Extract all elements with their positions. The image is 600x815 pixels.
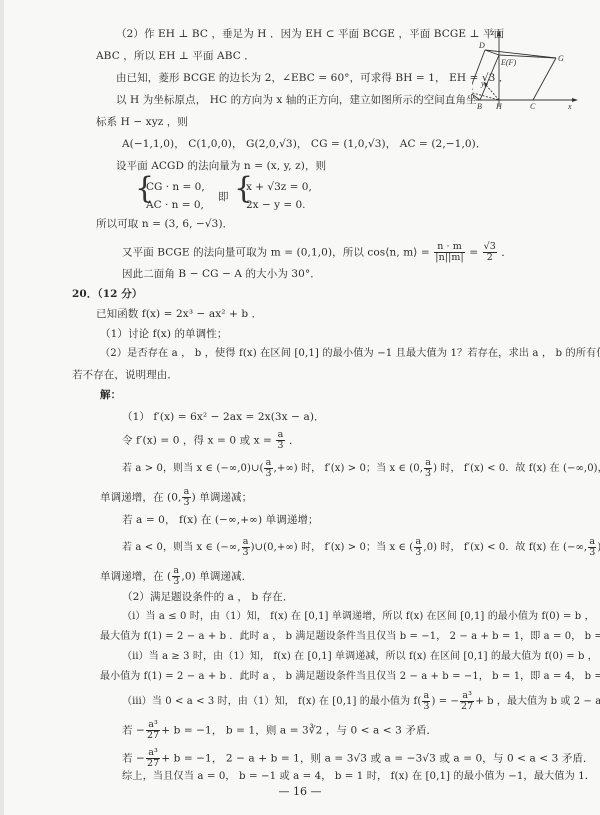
fraction: n · m|n||m| [434,242,465,263]
label-C: C [530,102,536,110]
fraction: a3 [414,537,422,558]
label-y: y [480,79,485,88]
question-number: 20．（12 分） [72,287,143,301]
text-line: 已知函数 f(x) = 2x³ − ax² + b ． [96,307,262,321]
fraction: a3 [182,487,190,508]
text-line: 若不存在，说明理由． [72,368,178,382]
text-segment: ． [501,247,512,259]
text-segment: ) 单调递减； [192,492,253,504]
fraction: a3 [424,458,432,479]
page-number: — 16 — [0,785,600,798]
label-B: B [477,102,482,110]
text-segment: ,+∞) 时， f′(x) > 0；当 x ∈ (0, [274,463,423,474]
denominator: 3 [414,548,422,558]
system-left-eq1: CG · n = 0, [146,180,205,194]
document-page: （2）作 EH ⊥ BC ，垂足为 H ．因为 EH ⊂ 平面 BCGE ，平面… [0,0,600,815]
text-line: 以 H 为坐标原点， HC 的方向为 x 轴的正方向，建立如图所示的空间直角坐 [116,93,477,107]
label-x: x [567,102,572,110]
text-line: （1） f′(x) = 6x² − 2ax = 2x(3x − a)． [122,410,325,424]
text-segment: 单调递增，在 ( [100,571,171,583]
text-segment: + b ，最大值为 b 或 2 − a + b ． [475,696,600,707]
denominator: 2 [483,253,497,263]
text-line: （2）满足题设条件的 a ， b 存在． [122,590,294,604]
denominator: 3 [422,702,430,712]
text-line: 令 f′(x) = 0 ，得 x = 0 或 x = a3 ． [122,430,300,451]
denominator: 3 [276,441,284,451]
text-line: 最小值为 f(1) = 2 − a + b ．此时 a ， b 满足题设条件当且… [100,670,600,684]
label-G: G [558,54,564,63]
denominator: 27 [146,731,160,741]
text-line: 标系 H − xyz ，则 [96,115,188,129]
text-line: 若 −a³27+ b = −1， 2 − a + b = 1，则 a = 3√3… [122,748,594,769]
text-segment: 又平面 BCGE 的法向量可取为 m = (0,1,0)，所以 cos⟨n, m… [122,247,430,259]
text-segment: = [469,247,478,259]
system-left-eq2: AC · n = 0, [146,198,204,212]
text-line: 若 a < 0，则当 x ∈ (−∞,a3)∪(0,+∞) 时， f′(x) >… [122,537,600,558]
text-line: （ⅲ）当 0 < a < 3 时，由（1）知， f(x) 在 [0,1] 的最小… [122,691,600,712]
text-line: （2）作 EH ⊥ BC ，垂足为 H ．因为 EH ⊂ 平面 BCGE ，平面… [116,27,504,41]
denominator: 3 [264,469,272,479]
text-line: （ⅱ）当 a ≥ 3 时，由（1）知， f(x) 在 [0,1] 单调递减，所以… [122,650,598,664]
label-EF: E(F) [500,58,516,67]
text-segment: 令 f′(x) = 0 ，得 x = 0 或 x = [122,435,272,447]
label-D: D [478,41,485,50]
text-segment: 单调递增，在 (0, [100,492,181,504]
text-line: 因此二面角 B − CG − A 的大小为 30°． [122,267,321,281]
fraction: a3 [264,458,272,479]
text-segment: + b = −1， b = 1，则 a = 3∛2 ，与 0 < a < 3 矛… [161,725,437,737]
text-line: （ⅰ）当 a ≤ 0 时，由（1）知， f(x) 在 [0,1] 单调递增，所以… [122,610,595,624]
denominator: 3 [424,469,432,479]
text-segment: 若 a < 0，则当 x ∈ (−∞, [122,542,241,553]
label-H: H [495,102,503,110]
text-line: 若 a > 0，则当 x ∈ (−∞,0)∪(a3,+∞) 时， f′(x) >… [122,458,600,479]
fraction: √32 [483,242,497,263]
fraction: a³27 [460,691,474,712]
text-line: 所以可取 n = (3, 6, −√3)． [96,217,233,231]
text-line: （1）讨论 f(x) 的单调性； [100,327,227,341]
system-right-eq2: 2x − y = 0. [246,198,306,212]
fraction: a³27 [146,748,160,769]
text-line: 单调递增，在 (a3,0) 单调递减． [100,566,252,587]
text-segment: ) 时， f′(x) < 0．故 f(x) 在 (−∞,0)，( [433,463,600,474]
text-line: ABC ，所以 EH ⊥ 平面 ABC ． [96,49,255,63]
text-line: 若 −a³27+ b = −1， b = 1，则 a = 3∛2 ，与 0 < … [122,720,437,741]
text-segment: ,0) 单调递减． [181,571,252,583]
denominator: 3 [242,548,250,558]
text-line: （2）是否存在 a ， b ，使得 f(x) 在区间 [0,1] 的最小值为 −… [100,347,600,361]
fraction: a3 [276,430,284,451]
geometry-figure: z D G E(F) A y B H C x [472,28,582,110]
solution-label: 解： [100,388,121,402]
text-line: 由已知，菱形 BCGE 的边长为 2，∠EBC = 60°，可求得 BH = 1… [116,71,510,85]
fraction: a3 [172,566,180,587]
text-line: 综上，当且仅当 a = 0， b = −1 或 a = 4， b = 1 时， … [122,770,595,784]
system-ji: 即 [218,190,229,204]
label-z: z [490,28,495,37]
text-segment: ,0) 时， f′(x) < 0．故 f(x) 在 (−∞, [423,542,587,553]
text-line: A(−1,1,0)， C(1,0,0)， G(2,0,√3)， CG = (1,… [122,137,486,151]
text-segment: + b = −1， 2 − a + b = 1，则 a = 3√3 或 a = … [161,753,593,765]
denominator: 27 [460,702,474,712]
label-A: A [472,83,473,92]
fraction: a³27 [146,720,160,741]
page-edge [0,0,4,815]
text-line: 若 a = 0， f(x) 在 (−∞,+∞) 单调递增； [122,513,319,527]
text-segment: （ⅲ）当 0 < a < 3 时，由（1）知， f(x) 在 [0,1] 的最小… [122,696,421,707]
fraction: a3 [242,537,250,558]
text-line: 单调递增，在 (0,a3) 单调递减； [100,487,252,508]
text-segment: )∪(0,+∞) 时， f′(x) > 0；当 x ∈ ( [251,542,414,553]
denominator: 3 [172,577,180,587]
text-segment: ) = − [431,696,459,707]
text-line: 最大值为 f(1) = 2 − a + b ．此时 a ， b 满足题设条件当且… [100,630,600,644]
denominator: |n||m| [434,253,465,263]
text-segment: 若 − [122,753,145,765]
text-segment: ． [289,435,300,447]
denominator: 3 [182,498,190,508]
denominator: 3 [588,548,596,558]
text-segment: 若 − [122,725,145,737]
denominator: 27 [146,759,160,769]
text-segment: 若 a > 0，则当 x ∈ (−∞,0)∪( [122,463,263,474]
fraction: a3 [422,691,430,712]
system-right-eq1: x + √3z = 0, [246,180,312,194]
text-line: 又平面 BCGE 的法向量可取为 m = (0,1,0)，所以 cos⟨n, m… [122,242,512,263]
fraction: a3 [588,537,596,558]
